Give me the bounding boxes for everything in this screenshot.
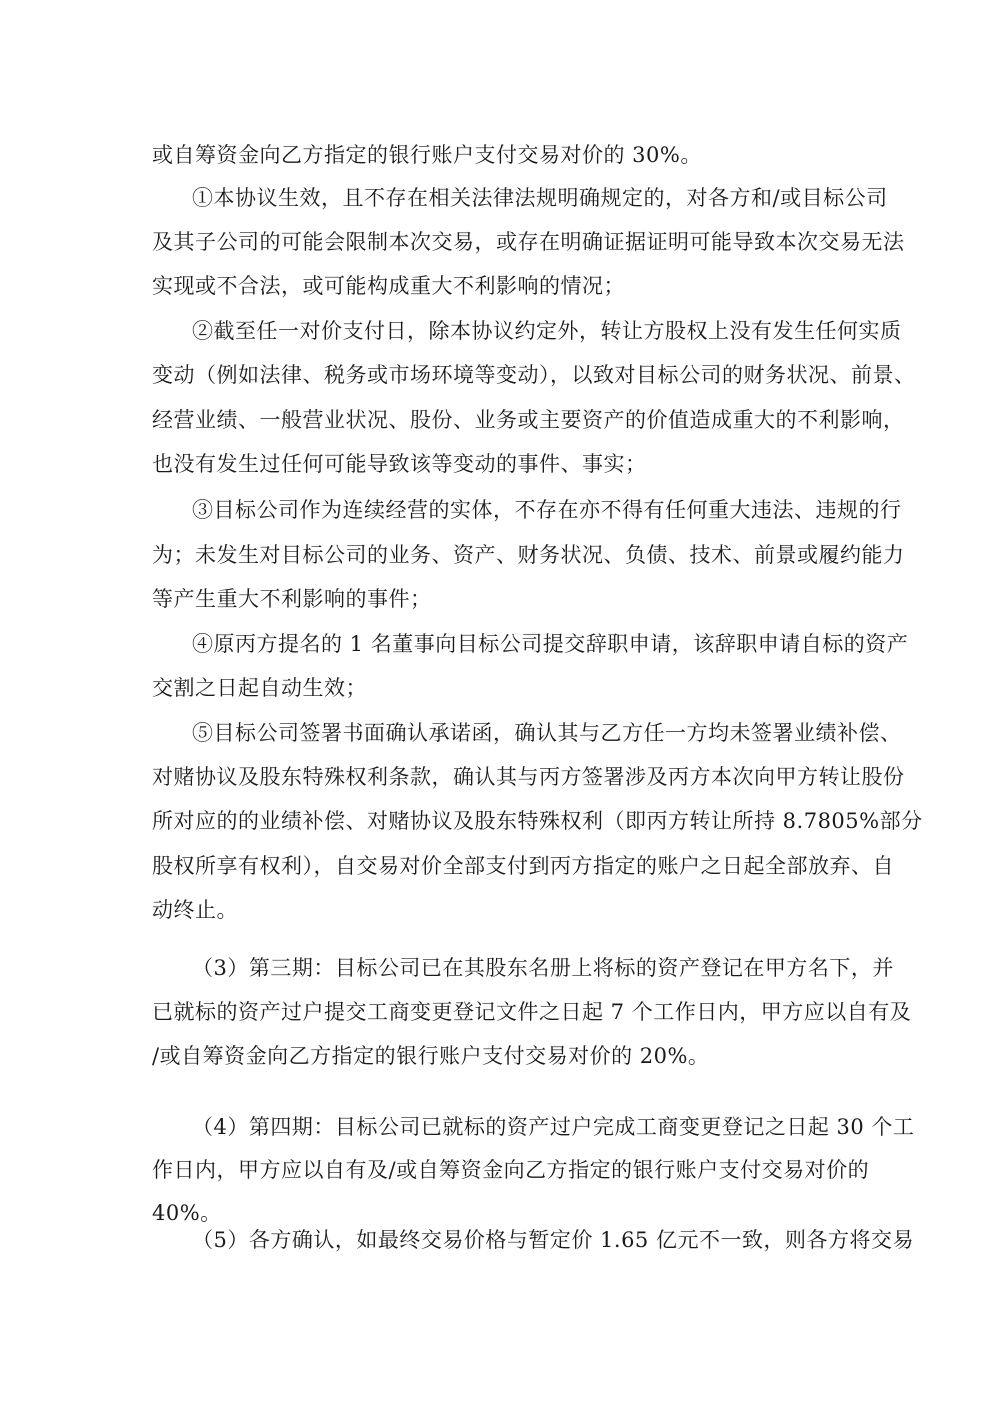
text-line: 变动（例如法律、税务或市场环境等变动），以致对目标公司的财务状况、前景、 [152,360,850,390]
text-line: ③目标公司作为连续经营的实体，不存在亦不得有任何重大违法、违规的行 [192,495,850,525]
text-line: 股权所享有权利），自交易对价全部支付到丙方指定的账户之日起全部放弃、自 [152,851,850,881]
text-line: 经营业绩、一般营业状况、股份、业务或主要资产的价值造成重大的不利影响， [152,405,850,435]
text-line: 作日内，甲方应以自有及/或自筹资金向乙方指定的银行账户支付交易对价的 [152,1155,850,1185]
text-line: ④原丙方提名的 1 名董事向目标公司提交辞职申请，该辞职申请自标的资产 [192,629,850,659]
document-page: 或自筹资金向乙方指定的银行账户支付交易对价的 30%。 ①本协议生效，且不存在相… [0,0,1000,1414]
text-line: ①本协议生效，且不存在相关法律法规明确规定的，对各方和/或目标公司 [192,183,850,213]
text-line: 已就标的资产过户提交工商变更登记文件之日起 7 个工作日内，甲方应以自有及 [152,997,850,1027]
text-line: 40%。 [152,1198,850,1228]
text-line: 等产生重大不利影响的事件； [152,584,850,614]
text-line: （3）第三期：目标公司已在其股东名册上将标的资产登记在甲方名下，并 [192,953,850,983]
text-line: ⑤目标公司签署书面确认承诺函，确认其与乙方任一方均未签署业绩补偿、 [192,718,850,748]
text-line: 交割之日起自动生效； [152,673,850,703]
text-line: 也没有发生过任何可能导致该等变动的事件、事实； [152,449,850,479]
text-line: ②截至任一对价支付日，除本协议约定外，转让方股权上没有发生任何实质 [192,316,850,346]
text-line: 为；未发生对目标公司的业务、资产、财务状况、负债、技术、前景或履约能力 [152,540,850,570]
text-line: /或自筹资金向乙方指定的银行账户支付交易对价的 20%。 [152,1041,850,1071]
text-line: 所对应的的业绩补偿、对赌协议及股东特殊权利（即丙方转让所持 8.7805%部分 [152,806,850,836]
text-line: 动终止。 [152,895,850,925]
text-line: 及其子公司的可能会限制本次交易，或存在明确证据证明可能导致本次交易无法 [152,227,850,257]
text-line: 或自筹资金向乙方指定的银行账户支付交易对价的 30%。 [152,140,850,170]
text-line: （5）各方确认，如最终交易价格与暂定价 1.65 亿元不一致，则各方将交易 [192,1225,850,1255]
text-line: （4）第四期：目标公司已就标的资产过户完成工商变更登记之日起 30 个工 [192,1112,850,1142]
text-line: 对赌协议及股东特殊权利条款，确认其与丙方签署涉及丙方本次向甲方转让股份 [152,762,850,792]
text-line: 实现或不合法，或可能构成重大不利影响的情况； [152,271,850,301]
